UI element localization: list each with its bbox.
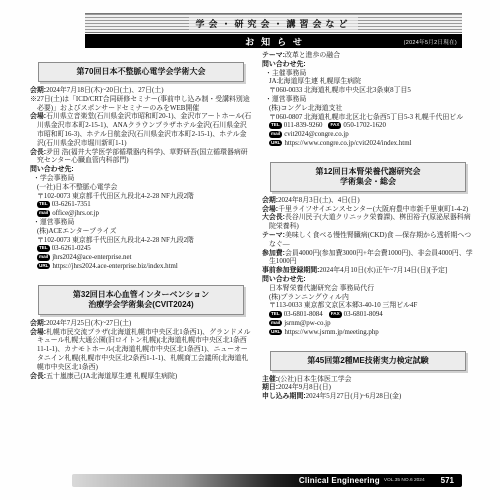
tel-icon: TEL bbox=[269, 311, 282, 317]
event-title: 第12回日本腎栄養代謝研究会 bbox=[274, 167, 462, 177]
event-title-box: 第32回日本心血管インターベンション治療学会学術集会(CVIT2024) bbox=[38, 285, 244, 315]
field-label: 会場: bbox=[262, 206, 278, 213]
event-title-box: 第12回日本腎栄養代謝研究会学術集会・総会 bbox=[270, 162, 466, 192]
detail-line: (一社)日本不整脈心電学会 bbox=[30, 184, 252, 193]
field-label: 問い合わせ先: bbox=[30, 166, 74, 173]
field-label: 事前参加登録期間: bbox=[262, 267, 319, 274]
url-icon: URL bbox=[269, 140, 282, 146]
field-label: 会場: bbox=[30, 113, 46, 120]
mail-icon: mail bbox=[37, 254, 50, 260]
contact-line: mailoffice@jhrs.or.jp bbox=[30, 210, 252, 219]
journal-footer-bar: Clinical Engineering VOL.35 NO.6 2024 57… bbox=[72, 474, 462, 487]
detail-line: 会長:五十嵐康己(JA北海道厚生連 札幌厚生病院) bbox=[30, 373, 252, 382]
detail-line: 参加費:会員4000円(参加費3000円+年会費1000円)、非会員4000円、… bbox=[262, 250, 474, 268]
tel-value: 03-6261-0245 bbox=[52, 245, 91, 252]
field-label: 問い合わせ先: bbox=[262, 276, 306, 283]
tel-value: 03-6261-7351 bbox=[52, 201, 91, 208]
tel-value: 03-6801-8084 bbox=[284, 311, 323, 318]
field-label: 問い合わせ先: bbox=[262, 61, 306, 68]
detail-line: 会期:2024年7月25日(木)~27日(土) bbox=[30, 320, 252, 329]
url-icon: URL bbox=[269, 329, 282, 335]
field-label: 参加費: bbox=[262, 250, 285, 257]
detail-line: 〒102-0073 東京都千代田区九段北4-2-28 NF九段2階 bbox=[30, 237, 252, 246]
event-title: 第32回日本心血管インターベンション bbox=[42, 290, 240, 300]
event-details: 主催:(公社)日本生体医工学会期日:2024年9月8日(日)申し込み期間:202… bbox=[262, 376, 474, 402]
url-value: https://www.congre.co.jp/cvit2024/index.… bbox=[284, 140, 411, 147]
mail-icon: mail bbox=[37, 210, 50, 216]
contact-line: mailjhrs2024@ace-enterprise.net bbox=[30, 254, 252, 263]
contact-line: URLhttps://jhrs2024.ace-enterprise.biz/i… bbox=[30, 263, 252, 272]
field-label: 会場: bbox=[30, 329, 46, 336]
tel-icon: TEL bbox=[37, 201, 50, 207]
detail-line: 事前参加登録期間:2024年4月10日(水)正午~7月14日(日)[予定] bbox=[262, 267, 474, 276]
section-header-bar: 学会・研究会・講習会など bbox=[85, 13, 462, 33]
contact-heading: 問い合わせ先: bbox=[262, 61, 474, 70]
event-details: 会期:2024年7月25日(木)~27日(土)会場:札幌市民交流プラザ(北海道札… bbox=[30, 320, 252, 382]
detail-line: 会期:2024年8月3日(土)、4日(日) bbox=[262, 197, 474, 206]
contact-line: TEL011-839-9260FAX050-1702-1620 bbox=[262, 122, 474, 131]
fax-icon: FAX bbox=[328, 122, 341, 128]
contact-line: mailcvit2024@congre.co.jp bbox=[262, 131, 474, 140]
contact-line: URLhttps://www.congre.co.jp/cvit2024/ind… bbox=[262, 140, 474, 149]
mail-value: cvit2024@congre.co.jp bbox=[284, 131, 349, 138]
tel-icon: TEL bbox=[37, 245, 50, 251]
fax-value: 03-6801-8094 bbox=[344, 311, 383, 318]
journal-volume: VOL.35 NO.6 2024 bbox=[384, 478, 425, 483]
detail-line: 会長:夛田 浩(福井大学医学部循環器内科学)、草野研吾(国立循環器病研究センター… bbox=[30, 149, 252, 167]
event-details: 会期:2024年7月18日(木)~20日(土)、27日(土)※27日(土)は「I… bbox=[30, 87, 252, 272]
journal-title: Clinical Engineering bbox=[299, 476, 380, 485]
url-value: https://www.jsrnm.jp/meeting.php bbox=[284, 329, 378, 336]
mail-icon: mail bbox=[269, 131, 282, 137]
detail-line: 会場:札幌市民交流プラザ(北海道札幌市中央区北1条西1)、グランドメルキュール札… bbox=[30, 329, 252, 373]
detail-line: 〒102-0073 東京都千代田区九段北4-2-28 NF九段2階 bbox=[30, 193, 252, 202]
detail-line: 会場:石川県立音楽堂(石川県金沢市昭和町20-1)、金沢市アートホール(石川県金… bbox=[30, 113, 252, 148]
tel-icon: TEL bbox=[269, 122, 282, 128]
field-label: 会長: bbox=[30, 373, 46, 380]
tel-value: 011-839-9260 bbox=[284, 122, 323, 129]
detail-line: ・運営事務局 bbox=[262, 96, 474, 105]
event-title-box: 第45回第2種ME技術実力検定試験 bbox=[270, 351, 466, 371]
event-title: 第70回日本不整脈心電学会学術大会 bbox=[42, 67, 240, 77]
fax-value: 050-1702-1620 bbox=[343, 122, 386, 129]
notice-title: お知らせ bbox=[238, 35, 309, 48]
event-title: 第45回第2種ME技術実力検定試験 bbox=[274, 356, 462, 366]
detail-line: ※27日(土)は「ICD/CRT合同研修セミナー(事前申し込み制・受講料別途必要… bbox=[30, 96, 252, 114]
column-left: 第70回日本不整脈心電学会学術大会会期:2024年7月18日(木)~20日(土)… bbox=[30, 62, 252, 381]
detail-line: 主催:(公社)日本生体医工学会 bbox=[262, 376, 474, 385]
fax-icon: FAX bbox=[329, 311, 342, 317]
event-details: 会期:2024年8月3日(土)、4日(日)会場:千里ライフサイエンスセンター(大… bbox=[262, 197, 474, 338]
detail-line: ・学会事務局 bbox=[30, 175, 252, 184]
url-value: https://jhrs2024.ace-enterprise.biz/inde… bbox=[52, 263, 177, 270]
detail-line: JA北海道厚生連 札幌厚生病院 bbox=[262, 78, 474, 87]
detail-line: (株)ACEエンタープライズ bbox=[30, 228, 252, 237]
detail-line: 〒060-0033 北海道札幌市中央区北3条東8丁目5 bbox=[262, 87, 474, 96]
event-title-box: 第70回日本不整脈心電学会学術大会 bbox=[38, 62, 244, 82]
contact-line: TEL03-6801-8084FAX03-6801-8094 bbox=[262, 311, 474, 320]
detail-line: (株)プランニングウィル内 bbox=[262, 294, 474, 303]
contact-line: TEL03-6261-0245 bbox=[30, 245, 252, 254]
detail-line: 申し込み期間:2024年5月27日(月)~6月28日(金) bbox=[262, 393, 474, 402]
mail-value: jsrnm@pw-co.jp bbox=[284, 320, 330, 327]
field-label: 会期: bbox=[262, 197, 278, 204]
contact-heading: 問い合わせ先: bbox=[30, 166, 252, 175]
event-title: 学術集会・総会 bbox=[274, 177, 462, 187]
detail-line: 〒060-0807 北海道札幌市北区北七条西5丁目5-3 札幌千代田ビル bbox=[262, 114, 474, 123]
contact-heading: 問い合わせ先: bbox=[262, 276, 474, 285]
detail-line: (株)コングレ北海道支社 bbox=[262, 105, 474, 114]
field-label: 会期: bbox=[30, 87, 46, 94]
column-right: テーマ:改革と進歩の融合問い合わせ先:・主催事務局JA北海道厚生連 札幌厚生病院… bbox=[262, 52, 474, 402]
detail-line: 期日:2024年9月8日(日) bbox=[262, 384, 474, 393]
section-title: 学会・研究会・講習会など bbox=[189, 17, 357, 30]
contact-line: URLhttps://www.jsrnm.jp/meeting.php bbox=[262, 329, 474, 338]
mail-value: jhrs2024@ace-enterprise.net bbox=[52, 254, 131, 261]
mail-value: office@jhrs.or.jp bbox=[52, 210, 99, 217]
detail-line: 〒113-0033 東京都文京区本郷3-40-10 三翔ビル4F bbox=[262, 302, 474, 311]
url-icon: URL bbox=[37, 263, 50, 269]
detail-line: 大会長:長谷川民子(大道クリニック栄養課)、桝田裕子(原泌尿器科病院栄養科) bbox=[262, 214, 474, 232]
detail-line: ・運営事務局 bbox=[30, 219, 252, 228]
field-label: 主催: bbox=[262, 376, 278, 383]
field-label: テーマ: bbox=[262, 232, 285, 239]
detail-line: テーマ:美味しく食べる慢性腎臓病(CKD)食 ―保存期から透析期へつなぐ― bbox=[262, 232, 474, 250]
field-label: 会長: bbox=[30, 149, 46, 156]
event-title: 治療学会学術集会(CVIT2024) bbox=[42, 300, 240, 310]
detail-line: 会期:2024年7月18日(木)~20日(土)、27日(土) bbox=[30, 87, 252, 96]
field-label: テーマ: bbox=[262, 52, 285, 59]
event-details: テーマ:改革と進歩の融合問い合わせ先:・主催事務局JA北海道厚生連 札幌厚生病院… bbox=[262, 52, 474, 149]
field-label: 大会長: bbox=[262, 214, 285, 221]
field-label: 期日: bbox=[262, 384, 278, 391]
notice-bar: お知らせ (2024年5月2日現在) bbox=[85, 34, 462, 48]
field-label: 会期: bbox=[30, 320, 46, 327]
field-label: 申し込み期間: bbox=[262, 393, 306, 400]
contact-line: mailjsrnm@pw-co.jp bbox=[262, 320, 474, 329]
detail-line: 日本腎栄養代謝研究会 事務局代行 bbox=[262, 285, 474, 294]
page-number: 571 bbox=[441, 476, 454, 485]
as-of-date: (2024年5月2日現在) bbox=[404, 38, 457, 46]
mail-icon: mail bbox=[269, 320, 282, 326]
contact-line: TEL03-6261-7351 bbox=[30, 201, 252, 210]
detail-line: テーマ:改革と進歩の融合 bbox=[262, 52, 474, 61]
